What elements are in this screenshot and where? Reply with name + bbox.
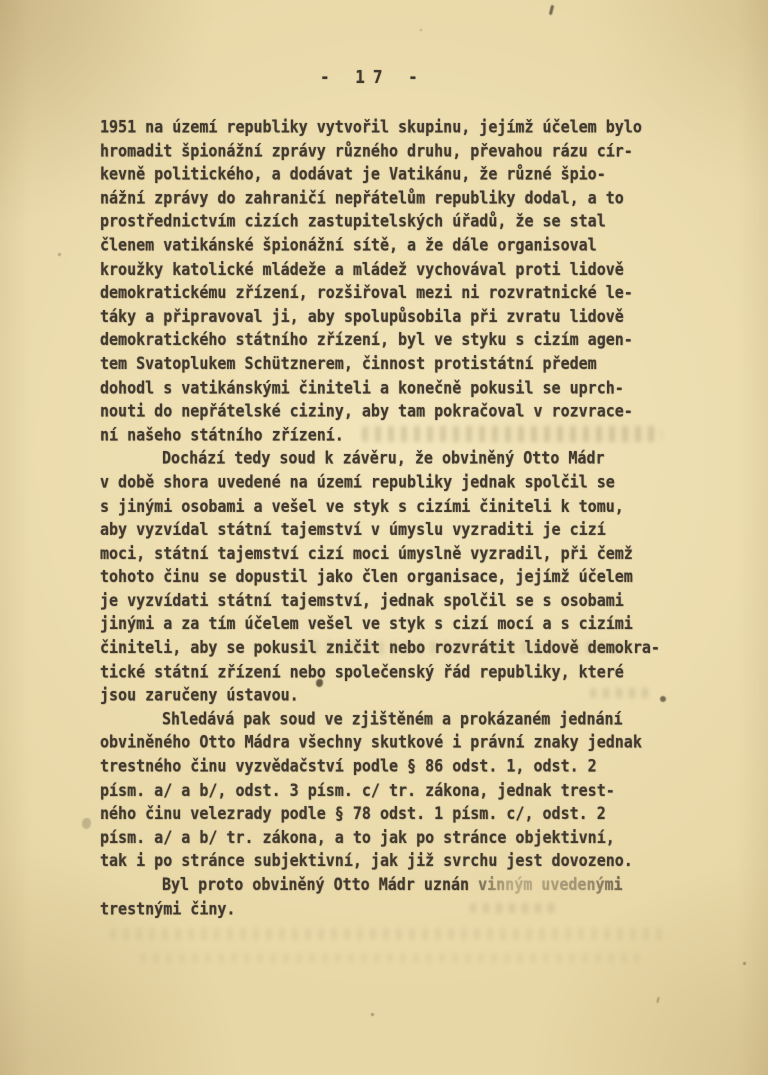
bleed-through <box>300 641 630 654</box>
bleed-through <box>110 928 670 940</box>
text-line: je vyzvídati státní tajemství, jednak sp… <box>100 589 720 613</box>
text-line: obviněného Otto Mádra všechny skutkové i… <box>100 731 720 755</box>
bleed-through <box>470 903 560 913</box>
document-page: - 17 - 1951 na území republiky vytvořil … <box>0 0 768 1075</box>
text-line: kroužky katolické mládeže a mládež vycho… <box>100 257 720 281</box>
text-line: s jinými osobami a vešel ve styk s cizím… <box>100 494 720 518</box>
ink-smudge <box>470 874 638 896</box>
text-line-paragraph-start: Dochází tedy soud k závěru, že obviněný … <box>100 447 720 471</box>
paper-speck <box>371 1013 374 1016</box>
text-line: jinými a za tím účelem vešel ve styk s c… <box>100 612 720 636</box>
text-line: členem vatikánské špionážní sítě, a že d… <box>100 233 720 257</box>
text-line: písm. a/ a b/ tr. zákona, a to jak po st… <box>100 825 720 849</box>
text-line: moci, státní tajemství cizí moci úmyslně… <box>100 541 720 565</box>
text-line: ného činu velezrady podle § 78 odst. 1 p… <box>100 802 720 826</box>
ink-blot <box>82 818 91 829</box>
ink-dot <box>660 696 666 702</box>
paper-speck <box>656 997 659 1003</box>
text-line: aby vyzvídal státní tajemství v úmyslu v… <box>100 518 720 542</box>
bleed-through <box>362 426 662 442</box>
text-line: nážní zprávy do zahraničí nepřátelům rep… <box>100 186 720 210</box>
paper-speck <box>743 962 746 965</box>
text-line: tak i po stránce subjektivní, jak již sv… <box>100 849 720 873</box>
bleed-through <box>140 953 640 963</box>
text-line: demokratického státního zřízení, byl ve … <box>100 328 720 352</box>
text-line: táky a připravoval ji, aby spolupůsobila… <box>100 304 720 328</box>
text-line: v době shora uvedené na území republiky … <box>100 470 720 494</box>
text-line: trestnými činy. <box>100 897 720 921</box>
text-line: nouti do nepřátelské ciziny, aby tam pok… <box>100 399 720 423</box>
text-line: kevně politického, a dodávat je Vatikánu… <box>100 162 720 186</box>
document-body: 1951 na území republiky vytvořil skupinu… <box>100 115 720 920</box>
text-line-paragraph-start: Shledává pak soud ve zjištěném a prokáza… <box>100 707 720 731</box>
text-line: prostřednictvím cizích zastupitelských ú… <box>100 210 720 234</box>
text-line: 1951 na území republiky vytvořil skupinu… <box>100 115 720 139</box>
ink-tick <box>549 5 554 15</box>
paper-speck <box>58 253 61 256</box>
text-line: tohoto činu se dopustil jako člen organi… <box>100 565 720 589</box>
text-line: písm. a/ a b/, odst. 3 písm. c/ tr. záko… <box>100 778 720 802</box>
page-number: - 17 - <box>320 64 426 91</box>
text-line: tem Svatoplukem Schütznerem, činnost pro… <box>100 352 720 376</box>
text-line: trestného činu vyzvědačství podle § 86 o… <box>100 754 720 778</box>
bleed-through <box>590 688 650 698</box>
text-line: demokratickému zřízení, rozšiřoval mezi … <box>100 281 720 305</box>
text-line: dohodl s vatikánskými činiteli a konečně… <box>100 376 720 400</box>
text-line: tické státní zřízení nebo společenský řá… <box>100 660 720 684</box>
text-line: hromadit špionážní zprávy různého druhu,… <box>100 139 720 163</box>
paper-speck <box>420 29 422 31</box>
